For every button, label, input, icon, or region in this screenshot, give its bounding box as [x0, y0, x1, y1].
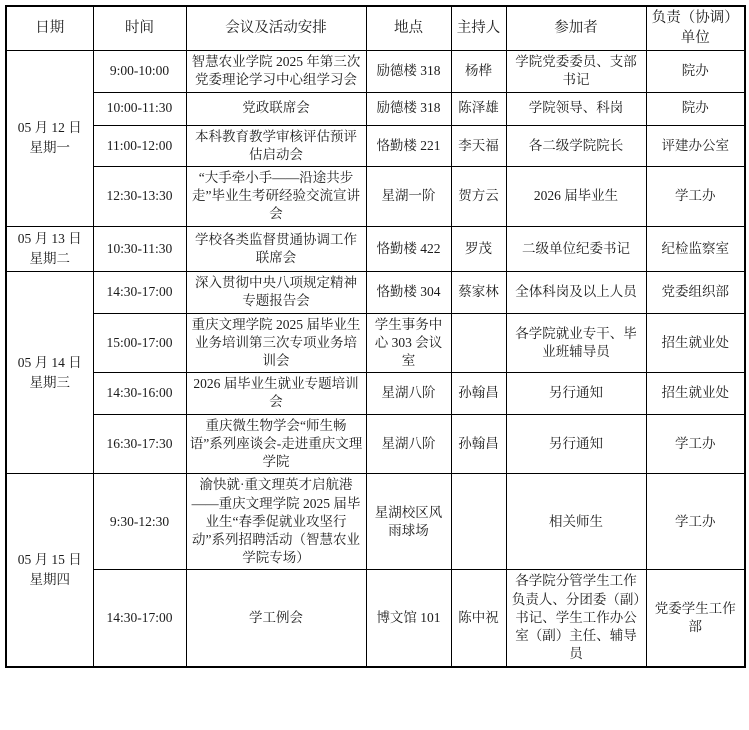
unit-cell: 纪检监察室 [646, 226, 745, 272]
event-row: 14:30-17:00学工例会博文馆 101陈中祝各学院分管学生工作负责人、分团… [6, 570, 745, 667]
location-cell: 恪勤楼 221 [366, 125, 451, 166]
date-label: 05 月 14 日 [10, 353, 90, 373]
unit-cell: 招生就业处 [646, 373, 745, 414]
event-row: 15:00-17:00重庆文理学院 2025 届毕业生业务培训第三次专项业务培训… [6, 313, 745, 373]
location-cell: 星湖校区风雨球场 [366, 474, 451, 570]
unit-cell: 党委组织部 [646, 272, 745, 313]
location-cell: 星湖八阶 [366, 414, 451, 474]
document-page: 日期时间会议及活动安排地点主持人参加者负责（协调）单位 05 月 12 日星期一… [0, 0, 749, 730]
location-cell: 学生事务中心 303 会议室 [366, 313, 451, 373]
activity-cell: 2026 届毕业生就业专题培训会 [186, 373, 366, 414]
unit-cell: 学工办 [646, 474, 745, 570]
activity-cell: 学校各类监督贯通协调工作联席会 [186, 226, 366, 272]
column-header: 地点 [366, 6, 451, 51]
unit-cell: 评建办公室 [646, 125, 745, 166]
schedule-body: 05 月 12 日星期一9:00-10:00智慧农业学院 2025 年第三次党委… [6, 51, 745, 667]
location-cell: 星湖八阶 [366, 373, 451, 414]
location-cell: 励德楼 318 [366, 51, 451, 92]
column-header: 会议及活动安排 [186, 6, 366, 51]
participants-cell: 全体科岗及以上人员 [506, 272, 646, 313]
unit-cell: 院办 [646, 92, 745, 125]
header-row: 日期时间会议及活动安排地点主持人参加者负责（协调）单位 [6, 6, 745, 51]
time-cell: 11:00-12:00 [93, 125, 186, 166]
time-cell: 15:00-17:00 [93, 313, 186, 373]
time-cell: 10:00-11:30 [93, 92, 186, 125]
time-cell: 14:30-17:00 [93, 272, 186, 313]
date-label: 05 月 12 日 [10, 118, 90, 138]
activity-cell: 学工例会 [186, 570, 366, 667]
schedule-table: 日期时间会议及活动安排地点主持人参加者负责（协调）单位 05 月 12 日星期一… [5, 5, 746, 668]
event-row: 11:00-12:00本科教育教学审核评估预评估启动会恪勤楼 221李天福各二级… [6, 125, 745, 166]
event-row: 12:30-13:30“大手牵小手——沿途共步走”毕业生考研经验交流宣讲会星湖一… [6, 167, 745, 227]
unit-cell: 招生就业处 [646, 313, 745, 373]
participants-cell: 各学院就业专干、毕业班辅导员 [506, 313, 646, 373]
participants-cell: 各学院分管学生工作负责人、分团委（副）书记、学生工作办公室（副）主任、辅导员 [506, 570, 646, 667]
weekday-label: 星期四 [10, 570, 90, 590]
participants-cell: 学院领导、科岗 [506, 92, 646, 125]
date-label: 05 月 13 日 [10, 229, 90, 249]
host-cell [451, 313, 506, 373]
activity-cell: 重庆文理学院 2025 届毕业生业务培训第三次专项业务培训会 [186, 313, 366, 373]
date-cell: 05 月 12 日星期一 [6, 51, 93, 227]
time-cell: 12:30-13:30 [93, 167, 186, 227]
event-row: 05 月 14 日星期三14:30-17:00深入贯彻中央八项规定精神专题报告会… [6, 272, 745, 313]
date-cell: 05 月 14 日星期三 [6, 272, 93, 474]
column-header: 日期 [6, 6, 93, 51]
column-header: 时间 [93, 6, 186, 51]
host-cell: 孙翰昌 [451, 414, 506, 474]
time-cell: 14:30-16:00 [93, 373, 186, 414]
event-row: 05 月 13 日星期二10:30-11:30学校各类监督贯通协调工作联席会恪勤… [6, 226, 745, 272]
weekday-label: 星期二 [10, 249, 90, 269]
participants-cell: 另行通知 [506, 373, 646, 414]
date-cell: 05 月 15 日星期四 [6, 474, 93, 667]
host-cell [451, 474, 506, 570]
host-cell: 蔡家林 [451, 272, 506, 313]
activity-cell: 深入贯彻中央八项规定精神专题报告会 [186, 272, 366, 313]
host-cell: 陈中祝 [451, 570, 506, 667]
event-row: 05 月 15 日星期四9:30-12:30渝快就·重文理英才启航港——重庆文理… [6, 474, 745, 570]
host-cell: 贺方云 [451, 167, 506, 227]
unit-cell: 党委学生工作部 [646, 570, 745, 667]
activity-cell: 党政联席会 [186, 92, 366, 125]
date-label: 05 月 15 日 [10, 550, 90, 570]
location-cell: 恪勤楼 304 [366, 272, 451, 313]
activity-cell: 智慧农业学院 2025 年第三次党委理论学习中心组学习会 [186, 51, 366, 92]
host-cell: 孙翰昌 [451, 373, 506, 414]
location-cell: 星湖一阶 [366, 167, 451, 227]
host-cell: 陈泽雄 [451, 92, 506, 125]
participants-cell: 二级单位纪委书记 [506, 226, 646, 272]
participants-cell: 各二级学院院长 [506, 125, 646, 166]
activity-cell: 渝快就·重文理英才启航港——重庆文理学院 2025 届毕业生“春季促就业攻坚行动… [186, 474, 366, 570]
activity-cell: 重庆微生物学会“师生畅语”系列座谈会-走进重庆文理学院 [186, 414, 366, 474]
column-header: 参加者 [506, 6, 646, 51]
location-cell: 恪勤楼 422 [366, 226, 451, 272]
unit-cell: 院办 [646, 51, 745, 92]
participants-cell: 另行通知 [506, 414, 646, 474]
unit-cell: 学工办 [646, 167, 745, 227]
event-row: 16:30-17:30重庆微生物学会“师生畅语”系列座谈会-走进重庆文理学院星湖… [6, 414, 745, 474]
participants-cell: 相关师生 [506, 474, 646, 570]
event-row: 14:30-16:002026 届毕业生就业专题培训会星湖八阶孙翰昌另行通知招生… [6, 373, 745, 414]
participants-cell: 2026 届毕业生 [506, 167, 646, 227]
time-cell: 9:30-12:30 [93, 474, 186, 570]
host-cell: 罗茂 [451, 226, 506, 272]
activity-cell: 本科教育教学审核评估预评估启动会 [186, 125, 366, 166]
column-header: 主持人 [451, 6, 506, 51]
time-cell: 9:00-10:00 [93, 51, 186, 92]
date-cell: 05 月 13 日星期二 [6, 226, 93, 272]
time-cell: 10:30-11:30 [93, 226, 186, 272]
weekday-label: 星期一 [10, 138, 90, 158]
host-cell: 李天福 [451, 125, 506, 166]
weekday-label: 星期三 [10, 373, 90, 393]
event-row: 10:00-11:30党政联席会励德楼 318陈泽雄学院领导、科岗院办 [6, 92, 745, 125]
location-cell: 博文馆 101 [366, 570, 451, 667]
unit-cell: 学工办 [646, 414, 745, 474]
participants-cell: 学院党委委员、支部书记 [506, 51, 646, 92]
column-header: 负责（协调）单位 [646, 6, 745, 51]
host-cell: 杨桦 [451, 51, 506, 92]
location-cell: 励德楼 318 [366, 92, 451, 125]
time-cell: 14:30-17:00 [93, 570, 186, 667]
event-row: 05 月 12 日星期一9:00-10:00智慧农业学院 2025 年第三次党委… [6, 51, 745, 92]
time-cell: 16:30-17:30 [93, 414, 186, 474]
activity-cell: “大手牵小手——沿途共步走”毕业生考研经验交流宣讲会 [186, 167, 366, 227]
